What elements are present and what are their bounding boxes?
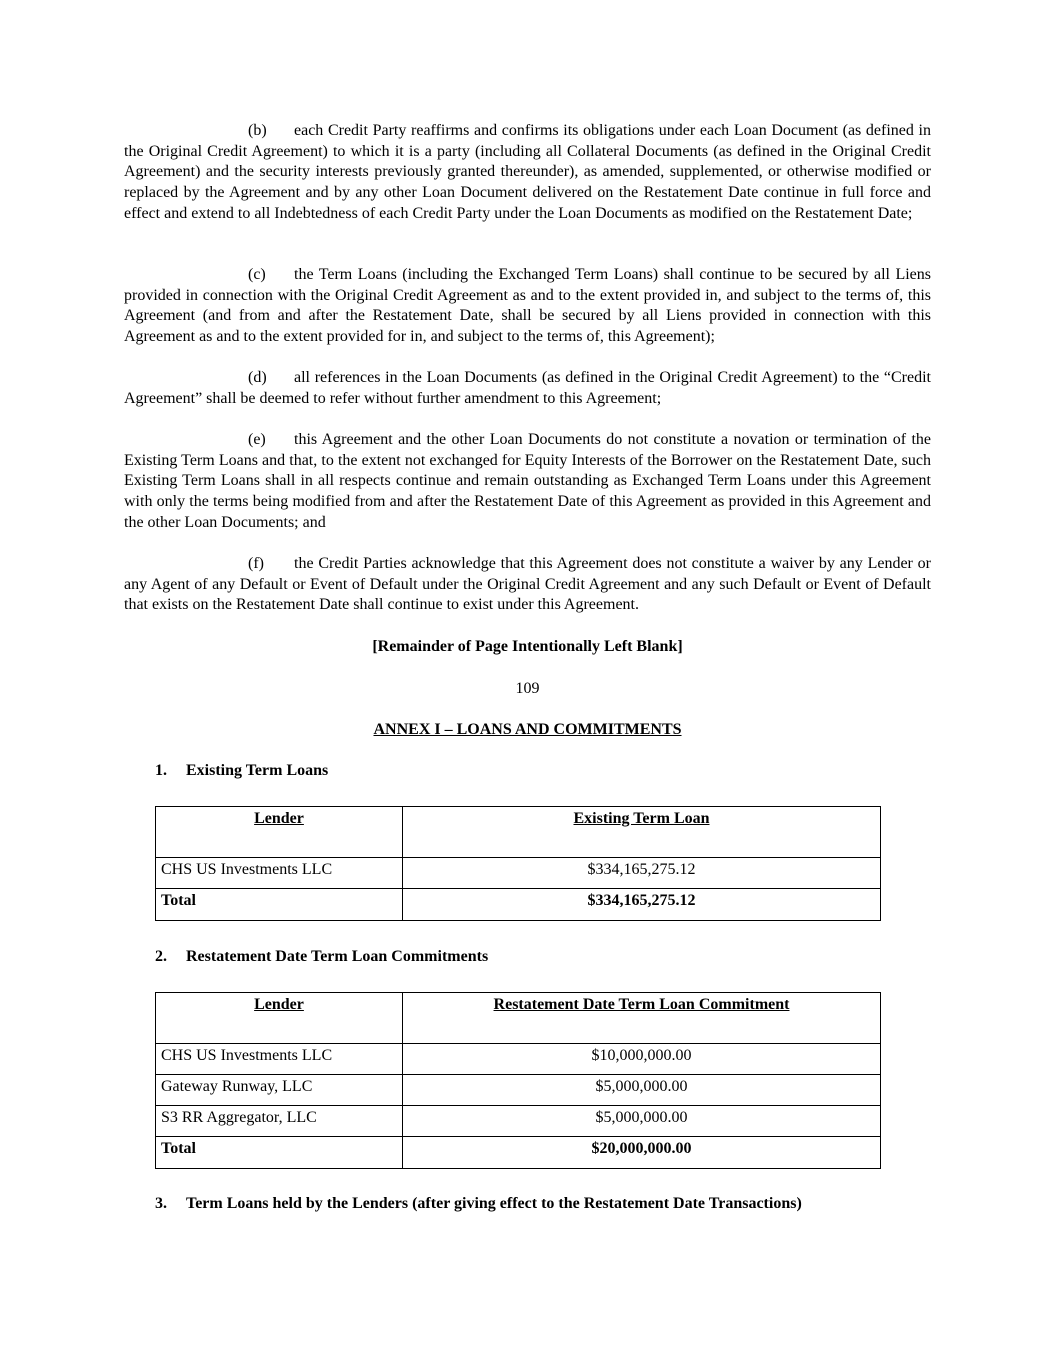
lender-cell: S3 RR Aggregator, LLC (156, 1106, 403, 1137)
paragraph-c: (c)the Term Loans (including the Exchang… (124, 265, 931, 348)
amount-cell: $5,000,000.00 (403, 1075, 881, 1106)
section-title: Restatement Date Term Loan Commitments (186, 948, 488, 965)
header-lender: Lender (156, 807, 403, 858)
paragraph-text: the Term Loans (including the Exchanged … (124, 266, 931, 345)
existing-term-loans-table: Lender Existing Term Loan CHS US Investm… (155, 806, 881, 921)
paragraph-label: (f) (248, 554, 294, 575)
paragraph-b: (b)each Credit Party reaffirms and confi… (124, 121, 931, 225)
paragraph-label: (e) (248, 430, 294, 451)
annex-title: ANNEX I – LOANS AND COMMITMENTS (124, 720, 931, 740)
header-amount: Existing Term Loan (403, 807, 881, 858)
remainder-note: [Remainder of Page Intentionally Left Bl… (124, 637, 931, 657)
section-title: Existing Term Loans (186, 762, 328, 779)
section-heading-1: 1.Existing Term Loans (155, 761, 328, 781)
table-total-row: Total $334,165,275.12 (156, 889, 881, 921)
total-label: Total (156, 1137, 403, 1169)
paragraph-label: (b) (248, 121, 294, 142)
header-lender: Lender (156, 993, 403, 1044)
amount-cell: $5,000,000.00 (403, 1106, 881, 1137)
paragraph-text: each Credit Party reaffirms and confirms… (124, 122, 931, 222)
section-number: 2. (155, 947, 186, 967)
table-row: S3 RR Aggregator, LLC $5,000,000.00 (156, 1106, 881, 1137)
section-number: 1. (155, 761, 186, 781)
header-amount: Restatement Date Term Loan Commitment (403, 993, 881, 1044)
paragraph-d: (d)all references in the Loan Documents … (124, 368, 931, 409)
paragraph-text: all references in the Loan Documents (as… (124, 369, 931, 407)
restatement-commitments-table: Lender Restatement Date Term Loan Commit… (155, 992, 881, 1169)
section-heading-3: 3.Term Loans held by the Lenders (after … (155, 1194, 802, 1214)
table-header-row: Lender Restatement Date Term Loan Commit… (156, 993, 881, 1044)
section-title: Term Loans held by the Lenders (after gi… (186, 1195, 802, 1212)
document-page: (b)each Credit Party reaffirms and confi… (0, 0, 1055, 1365)
amount-cell: $334,165,275.12 (403, 858, 881, 889)
page-number: 109 (124, 679, 931, 699)
paragraph-label: (d) (248, 368, 294, 389)
lender-cell: Gateway Runway, LLC (156, 1075, 403, 1106)
section-heading-2: 2.Restatement Date Term Loan Commitments (155, 947, 488, 967)
lender-cell: CHS US Investments LLC (156, 1044, 403, 1075)
paragraph-text: the Credit Parties acknowledge that this… (124, 555, 931, 613)
table-row: CHS US Investments LLC $334,165,275.12 (156, 858, 881, 889)
table-header-row: Lender Existing Term Loan (156, 807, 881, 858)
total-amount: $334,165,275.12 (403, 889, 881, 921)
table-total-row: Total $20,000,000.00 (156, 1137, 881, 1169)
amount-cell: $10,000,000.00 (403, 1044, 881, 1075)
paragraph-text: this Agreement and the other Loan Docume… (124, 431, 931, 531)
total-label: Total (156, 889, 403, 921)
table-row: CHS US Investments LLC $10,000,000.00 (156, 1044, 881, 1075)
paragraph-f: (f)the Credit Parties acknowledge that t… (124, 554, 931, 616)
total-amount: $20,000,000.00 (403, 1137, 881, 1169)
section-number: 3. (155, 1194, 186, 1214)
table-row: Gateway Runway, LLC $5,000,000.00 (156, 1075, 881, 1106)
paragraph-label: (c) (248, 265, 294, 286)
lender-cell: CHS US Investments LLC (156, 858, 403, 889)
paragraph-e: (e)this Agreement and the other Loan Doc… (124, 430, 931, 534)
